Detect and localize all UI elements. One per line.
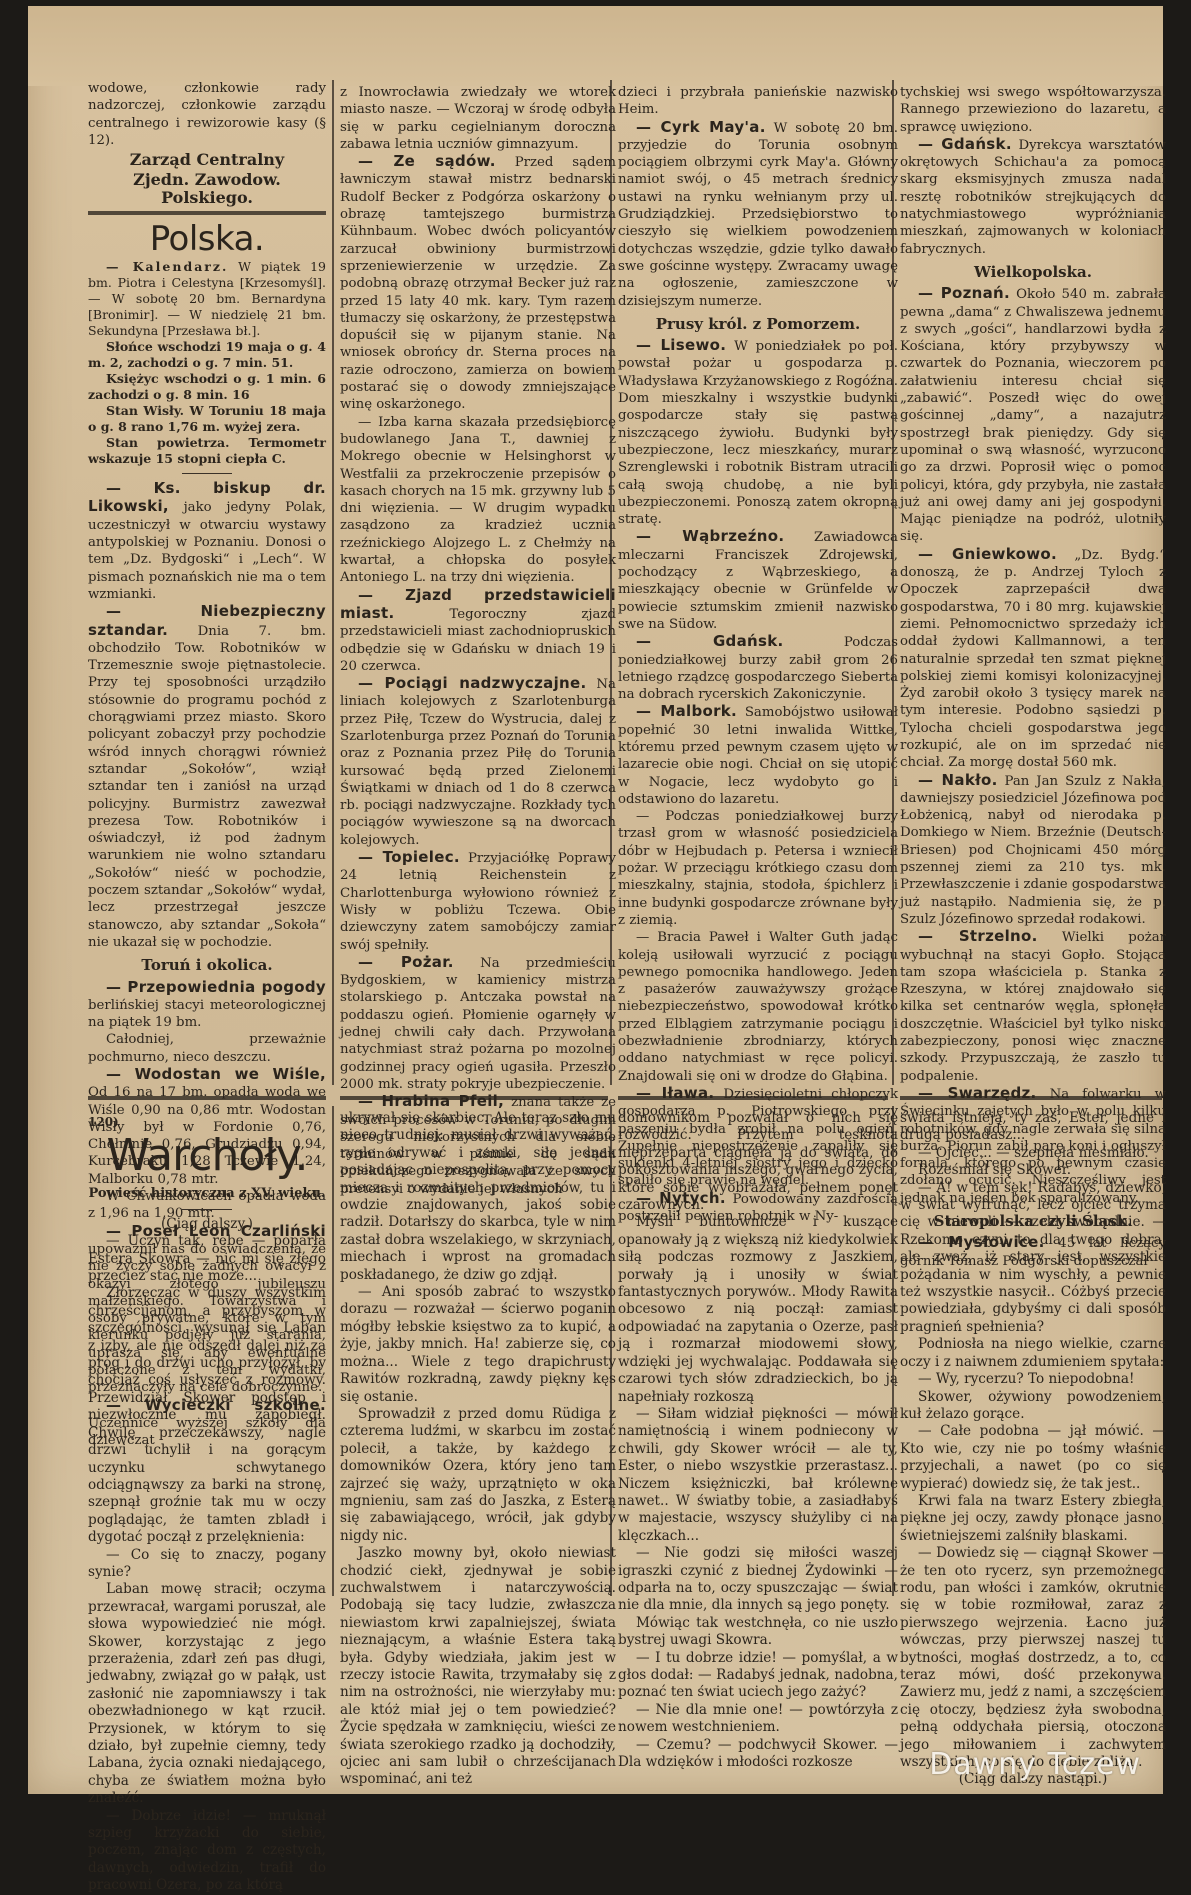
divider [182, 1209, 232, 1210]
article-headline: — Hrabina Pfeil, [358, 1092, 504, 1110]
article-pogoda: — Przepowiednia pogody berlińskiej stacy… [88, 979, 326, 1032]
newspaper-page: wodowe, członkowie rady nadzorczej, czło… [28, 6, 1163, 1794]
article-guth: — Bracia Paweł i Walter Guth jadąc kolej… [618, 929, 898, 1085]
moon-times: Księżyc wschodzi o g. 1 min. 6 zachodzi … [88, 371, 326, 403]
article-cyrk: — Cyrk May'a. W sobotę 20 bm. przyjedzie… [618, 119, 898, 310]
serial-paragraph: Myśli buntownicze i kuszące opanowały ją… [618, 1214, 898, 1405]
article-body: Przed sądem ławniczym stawał mistrz bedn… [340, 155, 616, 412]
news-column-3: dzieci i przybrała panieńskie nazwisko H… [618, 84, 898, 1225]
serial-continued-note: (Ciąg dalszy.) [88, 1216, 326, 1233]
article-topielec: — Topielec. Przyjaciółkę Poprawy 24 letn… [340, 849, 616, 954]
article-headline: — Gdańsk. [918, 135, 1012, 153]
news-column-4: tychskiej wsi swego współtowarzysza. Ran… [900, 84, 1166, 1270]
article-headline: — Pożar. [358, 953, 454, 971]
article-body: W sobotę 20 bm. przyjedzie do Torunia os… [618, 121, 898, 309]
serial-column-1: 120) Warchoły. Powieść historyczna z XV.… [88, 1114, 326, 1800]
article-naklo: — Nakło. Pan Jan Szulz z Nakła, dawniejs… [900, 772, 1166, 929]
news-column-2: z Inowrocławia zwiedzały we wtorek miast… [340, 84, 616, 1198]
serial-paragraph: Podniosła na niego wielkie, czarne oczy … [900, 1336, 1166, 1371]
article-sztandar: — Niebezpieczny sztandar. Dnia 7. bm. ob… [88, 603, 326, 951]
serial-paragraph: — Nie dla mnie one! — powtórzyła z nowem… [618, 1702, 898, 1737]
article-burza: — Podczas poniedziałkowej burzy trzasł g… [618, 808, 898, 929]
serial-paragraph: — I tu dobrze idzie! — pomyślał, a w gło… [618, 1650, 898, 1702]
article-headline: — Przepowiednia pogody [106, 978, 326, 996]
serial-title: Warchoły. [88, 1131, 326, 1181]
serial-paragraph: — Wy, rycerzu? To niepodobna! [900, 1371, 1166, 1388]
serial-paragraph: Mówiąc tak westchnęła, co nie uszło byst… [618, 1615, 898, 1650]
section-divider [88, 211, 326, 215]
article-body: Dnia 7. bm. obchodziło Tow. Robotników w… [88, 624, 326, 950]
article-likowski: — Ks. biskup dr. Likowski, jako jedyny P… [88, 480, 326, 603]
article-kalendarz: — Kalendarz. W piątek 19 bm. Piotra i Ce… [88, 259, 326, 339]
serial-paragraph: Laban mowę stracił; oczyma przewracał, w… [88, 1581, 326, 1800]
serial-column-4: świata istnieją, ty zaś, Ester, jedne i … [900, 1110, 1166, 1789]
section-heading-polska: Polska. [88, 219, 326, 259]
article-body: Samobójstwo usiłował popełnić 30 letni i… [618, 705, 898, 806]
section-heading-torun: Toruń i okolica. [88, 957, 326, 974]
serial-paragraph: Jaszko mowny był, około niewiast chodzić… [340, 1545, 616, 1789]
article-gniewkowo: — Gniewkowo. „Dz. Bydg.“ donoszą, że p. … [900, 546, 1166, 772]
article-body: berlińskiej stacyi meteorologicznej na p… [88, 998, 326, 1030]
serial-subtitle: Powieść historyczna z XV. wieku. [88, 1185, 326, 1202]
article-continuation: wodowe, członkowie rady nadzorczej, czło… [88, 80, 326, 149]
article-body: Całodniej, przeważnie pochmurno, nieco d… [88, 1031, 326, 1066]
signature-line-1: Zarząd Centralny [88, 151, 326, 169]
article-gdansk-2: — Gdańsk. Dyrekcya warsztatów okrętowych… [900, 136, 1166, 258]
article-body: Około 540 m. zabrała pewna „dama“ z Chwa… [900, 287, 1166, 544]
serial-paragraph: — Całe podobna — jął mówić. — Kto wie, c… [900, 1423, 1166, 1493]
column-rule [332, 80, 334, 1085]
article-gdansk: — Gdańsk. Podczas poniedziałkowej burzy … [618, 633, 898, 703]
watermark: Dawny Tczew [929, 1747, 1141, 1782]
serial-paragraph: — A! w tem sęk! Radabyś, dziewko, w świa… [900, 1180, 1166, 1337]
article-zjazd: — Zjazd przedstawicieli miast. Tegoroczn… [340, 587, 616, 675]
article-continuation: z Inowrocławia zwiedzały we wtorek miast… [340, 84, 616, 153]
serial-paragraph: ukrywał się skarbiec. Ale teraz szło mu … [340, 1110, 616, 1284]
article-continuation: tychskiej wsi swego współtowarzysza. Ran… [900, 84, 1166, 136]
page-top-margin [28, 6, 1163, 86]
serial-paragraph: Roześmiał się Skower. [900, 1162, 1166, 1179]
air-temperature: Stan powietrza. Termometr wskazuje 15 st… [88, 435, 326, 467]
serial-installment-number: 120) [88, 1114, 326, 1131]
serial-paragraph: świata istnieją, ty zaś, Ester, jedne i … [900, 1110, 1166, 1145]
serial-paragraph: — Czemu? — podchwycił Skower. — Dla wdzi… [618, 1737, 898, 1772]
article-headline: — Ze sądów. [358, 152, 496, 170]
article-sady: — Ze sądów. Przed sądem ławniczym stawał… [340, 153, 616, 413]
serial-paragraph: — Uczyń tak, rebe — poparła Estera Skowr… [88, 1233, 326, 1285]
section-heading-prusy: Prusy król. z Pomorzem. [618, 316, 898, 333]
serial-text: — Uczyń tak, rebe — poparła Estera Skowr… [88, 1233, 326, 1800]
column-rule [332, 1106, 334, 1596]
article-body: W poniedziałek po poł. powstał pożar u g… [618, 339, 898, 527]
article-headline: — Malbork. [636, 702, 737, 720]
serial-paragraph: Krwi fala na twarz Estery zbiegła, piękn… [900, 1493, 1166, 1545]
article-headline: — Swarzędz. [918, 1084, 1037, 1102]
divider [182, 473, 232, 474]
sun-times: Słońce wschodzi 19 maja o g. 4 m. 2, zac… [88, 339, 326, 371]
serial-paragraph: — Co się to znaczy, pogany synie? [88, 1547, 326, 1582]
serial-column-3: domownikom pozwalał o nich się rozwodzić… [618, 1110, 898, 1771]
article-lisewo: — Lisewo. W poniedziałek po poł. powstał… [618, 337, 898, 528]
section-heading-wielkopolska: Wielkopolska. [900, 264, 1166, 281]
serial-paragraph: — Dowiedz się — ciągnął Skower — że ten … [900, 1545, 1166, 1771]
vistula-level: Stan Wisły. W Toruniu 18 maja o g. 8 ran… [88, 403, 326, 435]
article-headline: — Gdańsk. [636, 632, 784, 650]
article-body: Zawiadowca mleczarni Franciszek Zdrojews… [618, 530, 898, 631]
article-body: Na liniach kolejowych z Szarlotenburga p… [340, 677, 616, 848]
article-headline: — Nakło. [918, 771, 998, 789]
article-headline: — Poznań. [918, 284, 1010, 302]
serial-column-2: ukrywał się skarbiec. Ale teraz szło mu … [340, 1110, 616, 1789]
article-body: Wielki pożar wybuchnął na stacyi Gopło. … [900, 930, 1166, 1083]
article-izba-karna: — Izba karna skazała przedsiębiorcę budo… [340, 414, 616, 587]
serial-paragraph: — Ani sposób zabrać to wszystko dorazu —… [340, 1284, 616, 1406]
serial-text: świata istnieją, ty zaś, Ester, jedne i … [900, 1110, 1166, 1771]
article-pociagi: — Pociągi nadzwyczajne. Na liniach kolej… [340, 675, 616, 849]
serial-text: ukrywał się skarbiec. Ale teraz szło mu … [340, 1110, 616, 1789]
article-headline: — Gniewkowo. [918, 545, 1057, 563]
article-strzelno: — Strzelno. Wielki pożar wybuchnął na st… [900, 928, 1166, 1085]
article-body: Przyjaciółkę Poprawy 24 letnią Reichenst… [340, 851, 616, 952]
article-headline: — Pociągi nadzwyczajne. [358, 674, 586, 692]
article-malbork: — Malbork. Samobójstwo usiłował popełnić… [618, 703, 898, 808]
article-body: Pan Jan Szulz z Nakła, dawniejszy posied… [900, 774, 1166, 927]
article-headline: — Topielec. [358, 848, 460, 866]
article-pozar: — Pożar. Na przedmieściu Bydgoskiem, w k… [340, 954, 616, 1093]
article-headline: — Cyrk May'a. [636, 118, 766, 136]
article-headline: — Lisewo. [636, 336, 726, 354]
article-headline: — Kalendarz. [106, 259, 228, 274]
article-continuation: dzieci i przybrała panieńskie nazwisko H… [618, 84, 898, 119]
article-headline: — Strzelno. [918, 927, 1038, 945]
article-headline: — Iława. [636, 1084, 714, 1102]
serial-text: domownikom pozwalał o nich się rozwodzić… [618, 1110, 898, 1771]
article-body: Dyrekcya warsztatów okrętowych Schichau'… [900, 138, 1166, 257]
serial-paragraph: Sprowadził z przed domu Rüdiga z czterem… [340, 1406, 616, 1545]
article-body: Na przedmieściu Bydgoskiem, w kamienicy … [340, 956, 616, 1092]
serial-paragraph: — Nie godzi się miłości waszej igraszki … [618, 1545, 898, 1615]
serial-paragraph: — Siłam widział piękności — mówił namięt… [618, 1406, 898, 1545]
serial-paragraph: Złorzecząc w duszy wszystkim chrześcijan… [88, 1285, 326, 1546]
article-wabrzezno: — Wąbrzeźno. Zawiadowca mleczarni Franci… [618, 528, 898, 633]
article-poznan: — Poznań. Około 540 m. zabrała pewna „da… [900, 285, 1166, 545]
article-body: jako jedyny Polak, uczestniczył w otwarc… [88, 500, 326, 601]
serial-paragraph: domownikom pozwalał o nich się rozwodzić… [618, 1110, 898, 1214]
article-headline: — Wąbrzeźno. [636, 527, 784, 545]
article-headline: — Wodostan we Wiśle, [106, 1065, 326, 1083]
serial-paragraph: — Ojciec... — szepnęła nieśmiało. [900, 1145, 1166, 1162]
signature-line-2: Zjedn. Zawodow. Polskiego. [88, 171, 326, 207]
article-body: „Dz. Bydg.“ donoszą, że p. Andrzej Tyloc… [900, 548, 1166, 771]
serial-paragraph: Skower, ożywiony powodzeniem, kuł żelazo… [900, 1389, 1166, 1424]
